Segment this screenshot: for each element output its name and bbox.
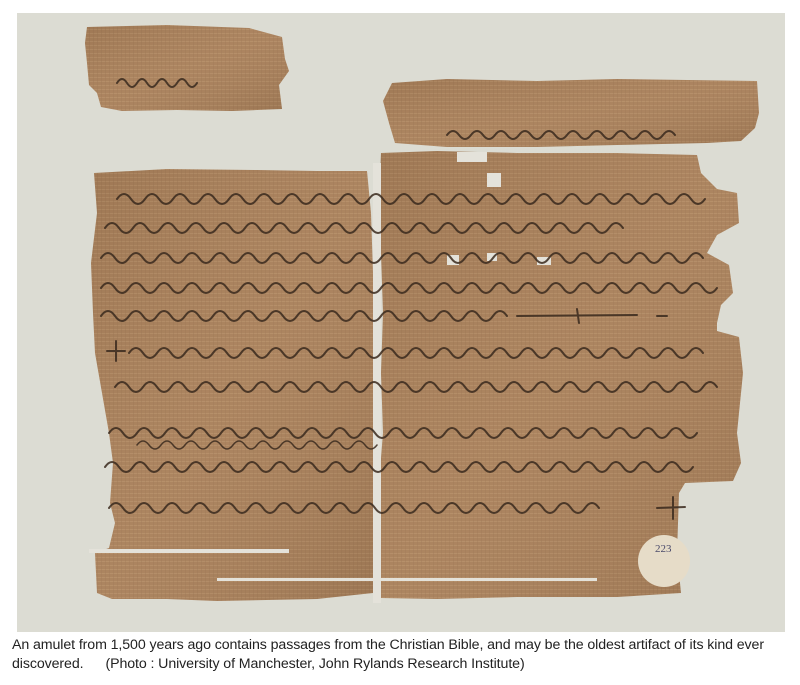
catalog-label-text: 223	[655, 543, 672, 555]
photo-credit: (Photo : University of Manchester, John …	[105, 656, 524, 672]
amulet-photo: 223	[17, 13, 785, 632]
article-figure: 223 An amulet from 1,500 years ago conta…	[0, 0, 800, 685]
catalog-label-sticker: 223	[638, 535, 690, 587]
papyrus-fragment-top-right	[383, 79, 759, 147]
papyrus-main-right	[379, 151, 743, 599]
papyrus-image: 223	[17, 13, 785, 632]
papyrus-main-left	[91, 169, 377, 601]
papyrus-fragment-top-left	[85, 25, 289, 111]
photo-caption: An amulet from 1,500 years ago contains …	[12, 636, 792, 674]
